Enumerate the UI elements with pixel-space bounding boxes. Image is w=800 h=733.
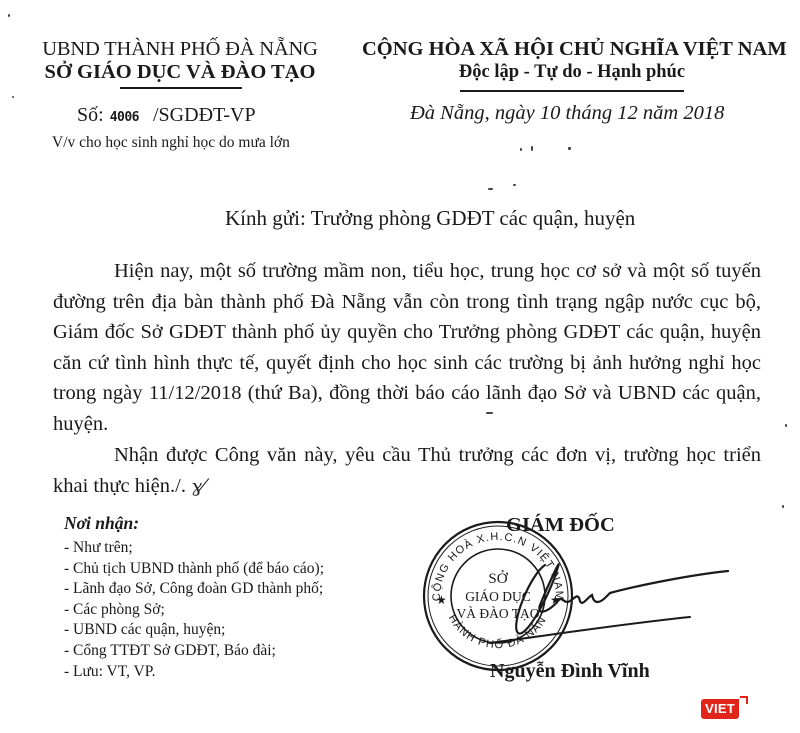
handwritten-mark: ɣ⁄ bbox=[191, 476, 205, 497]
recipient-item: - Như trên; bbox=[64, 538, 324, 559]
recipients-title: Nơi nhận: bbox=[64, 513, 139, 534]
body-paragraph-2-text: Nhận được Công văn này, yêu cầu Thủ trưở… bbox=[53, 444, 761, 497]
viet-logo: VIET bbox=[701, 699, 739, 719]
document-subject: V/v cho học sinh nghỉ học do mưa lớn bbox=[52, 134, 290, 152]
scan-speck bbox=[8, 14, 10, 17]
body-paragraph-1: Hiện nay, một số trường mầm non, tiểu họ… bbox=[53, 256, 761, 439]
issuing-department: SỞ GIÁO DỤC VÀ ĐÀO TẠO bbox=[30, 61, 330, 84]
date-line: Đà Nẵng, ngày 10 tháng 12 năm 2018 bbox=[410, 102, 724, 125]
scan-speck bbox=[486, 412, 493, 414]
scan-speck bbox=[531, 146, 533, 151]
scan-speck bbox=[12, 96, 14, 98]
document-number-label: Số: bbox=[77, 104, 104, 126]
header-right-divider bbox=[460, 90, 684, 92]
recipients-list: - Như trên; - Chủ tịch UBND thành phố (đ… bbox=[64, 538, 324, 682]
scan-speck bbox=[782, 505, 784, 508]
recipient-item: - Lãnh đạo Sở, Công đoàn GD thành phố; bbox=[64, 579, 324, 600]
scan-speck bbox=[520, 148, 522, 151]
recipient-line: Kính gửi: Trưởng phòng GDĐT các quận, hu… bbox=[225, 206, 635, 231]
national-title: CỘNG HÒA XÃ HỘI CHỦ NGHĨA VIỆT NAM bbox=[362, 38, 782, 61]
document-number: Số:4006/SGDĐT-VP bbox=[77, 104, 256, 127]
national-motto: Độc lập - Tự do - Hạnh phúc bbox=[362, 62, 782, 83]
issuing-authority: UBND THÀNH PHỐ ĐÀ NẴNG bbox=[30, 38, 330, 61]
recipient-item: - Chủ tịch UBND thành phố (để báo cáo); bbox=[64, 559, 324, 580]
viet-logo-corner-icon bbox=[740, 696, 748, 704]
seal-star-left: ★ bbox=[436, 593, 447, 607]
body-paragraph-2: Nhận được Công văn này, yêu cầu Thủ trưở… bbox=[53, 440, 761, 502]
body-paragraph-1-text: Hiện nay, một số trường mầm non, tiểu họ… bbox=[53, 260, 761, 435]
handwritten-signature-icon bbox=[490, 545, 730, 655]
scan-speck bbox=[488, 188, 493, 190]
scan-speck bbox=[513, 184, 516, 186]
recipient-item: - Các phòng Sở; bbox=[64, 600, 324, 621]
recipient-item: - UBND các quận, huyện; bbox=[64, 620, 324, 641]
header-left-divider bbox=[120, 87, 242, 89]
document-number-value: 4006 bbox=[110, 110, 139, 125]
recipient-item: - Cổng TTĐT Sở GDĐT, Báo đài; bbox=[64, 641, 324, 662]
signer-name: Nguyễn Đình Vĩnh bbox=[490, 660, 650, 683]
scan-speck bbox=[568, 147, 571, 150]
scan-speck bbox=[785, 424, 787, 427]
document-number-suffix: /SGDĐT-VP bbox=[153, 104, 256, 126]
recipient-item: - Lưu: VT, VP. bbox=[64, 662, 324, 683]
